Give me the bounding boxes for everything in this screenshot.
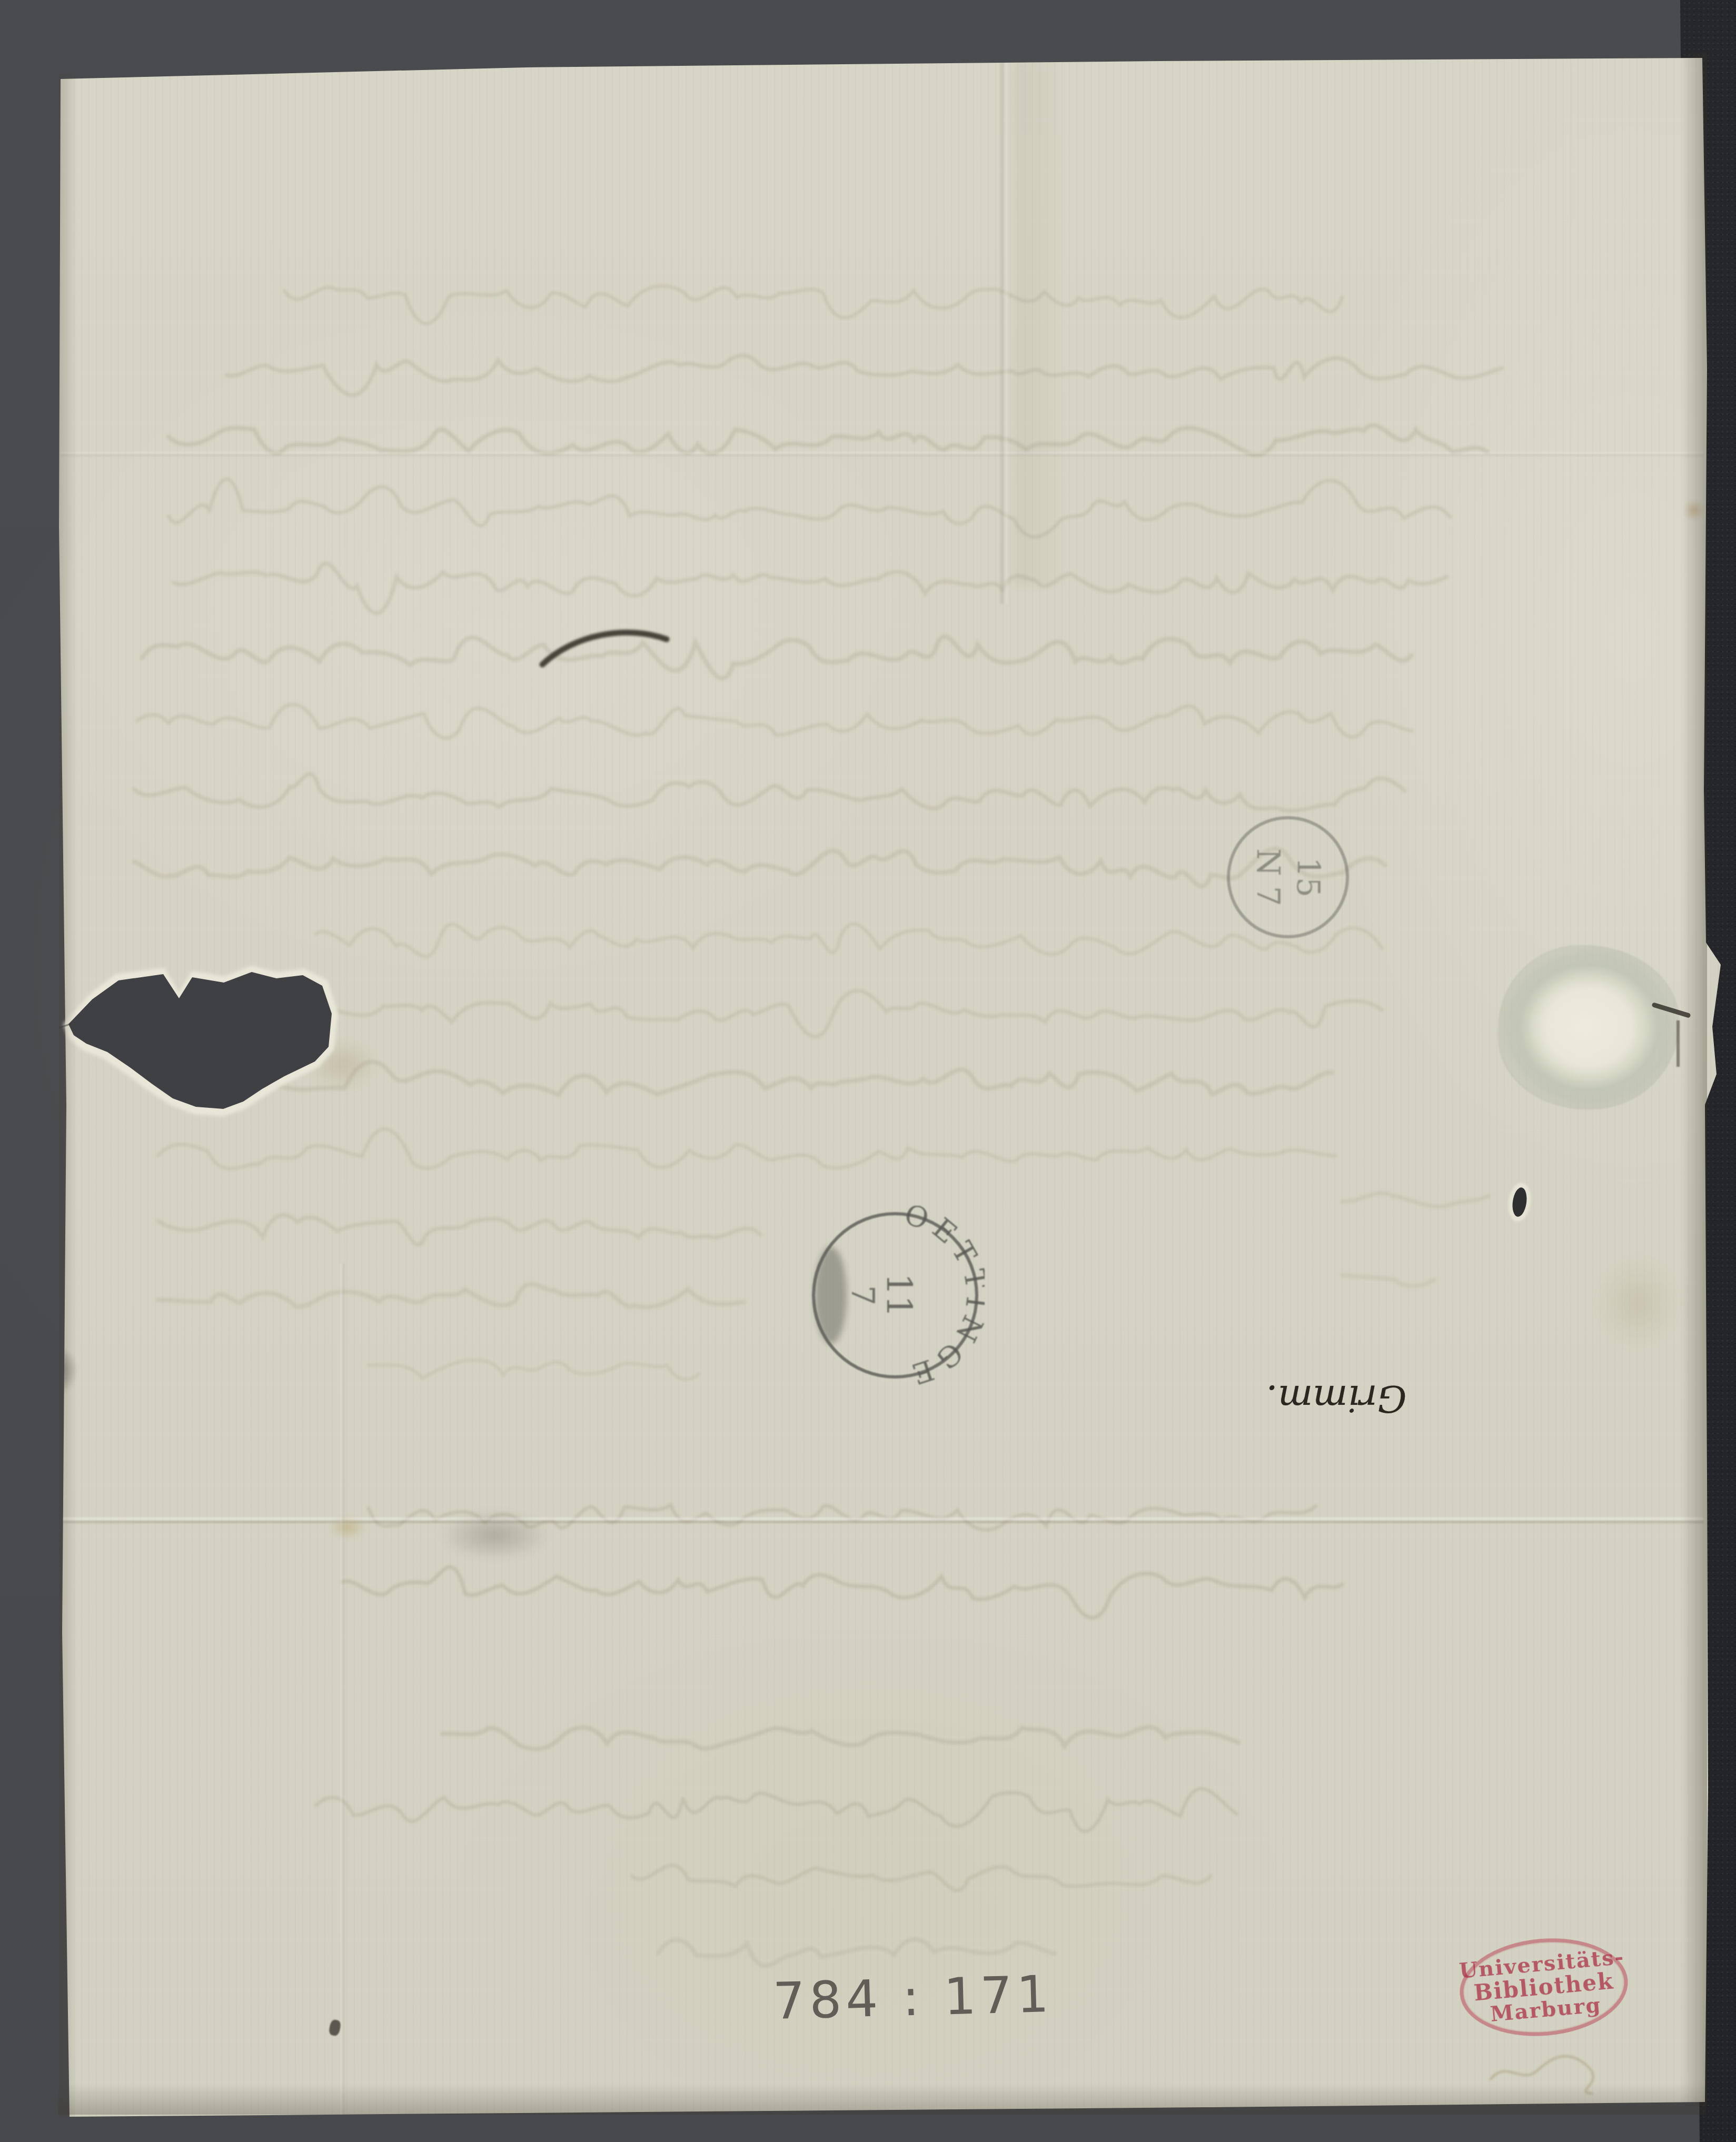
fold-crease-vertical-upperleft bbox=[267, 242, 271, 906]
bleedthrough-line bbox=[632, 1866, 1211, 1890]
stain bbox=[308, 1040, 376, 1090]
postmark-month: 7 bbox=[844, 1285, 881, 1305]
bleedthrough-line bbox=[168, 425, 1487, 454]
bleedthrough-line bbox=[658, 1939, 1055, 1966]
fold-crease-horizontal-upper bbox=[61, 452, 1703, 457]
bleedthrough-line bbox=[342, 1567, 1342, 1618]
fold-crease-vertical-top bbox=[1000, 59, 1007, 604]
ink-smudge-left-edge bbox=[21, 1335, 87, 1406]
paper-edge-shade-bottom bbox=[58, 2083, 1706, 2115]
letter-sheet: Herrn Geheimen Oberrevisionsrath Profess… bbox=[0, 0, 1736, 2142]
bleedthrough-line bbox=[137, 705, 1412, 738]
bleedthrough-line bbox=[226, 355, 1502, 395]
gray-smudge bbox=[440, 1510, 550, 1560]
bleedthrough-line bbox=[326, 990, 1382, 1037]
fold-crease-vertical-lower-faint bbox=[342, 500, 345, 1269]
postmark-goettingen: GOETTINGEN 11 7 bbox=[806, 1206, 985, 1385]
bleedthrough-line bbox=[316, 924, 1382, 956]
postmark-smudge bbox=[815, 1247, 847, 1344]
ink-flourish bbox=[542, 632, 667, 665]
seal-flap-shadow bbox=[1677, 1020, 1680, 1067]
bleedthrough-line bbox=[158, 1062, 1332, 1095]
stain bbox=[329, 1515, 366, 1540]
wax-seal-remnant-core bbox=[1528, 975, 1641, 1078]
bleedthrough-line bbox=[142, 637, 1411, 678]
fold-crease-vertical-right bbox=[1568, 63, 1571, 853]
bleedthrough-line bbox=[442, 1727, 1238, 1749]
stain bbox=[1598, 1258, 1677, 1348]
bleedthrough-line bbox=[134, 774, 1405, 811]
postmark-arrival-line2: N 7 bbox=[1249, 848, 1286, 906]
bleedthrough-line bbox=[158, 1129, 1335, 1168]
scan-background: Herrn Geheimen Oberrevisionsrath Profess… bbox=[0, 0, 1736, 2142]
bleedthrough-line bbox=[134, 849, 1385, 887]
bleedthrough-line bbox=[174, 563, 1447, 613]
postmark-arrival: 15 N 7 bbox=[1227, 816, 1349, 938]
postmark-arrival-line1: 15 bbox=[1289, 857, 1326, 897]
bleedthrough-line bbox=[316, 1789, 1237, 1831]
postmark-place-text: GOETTINGEN bbox=[900, 1206, 985, 1385]
fold-crease-horizontal-main bbox=[61, 1518, 1703, 1523]
ink-speck bbox=[328, 2019, 342, 2037]
bleedthrough-line bbox=[168, 479, 1450, 537]
pencil-shelfmark: 784 : 171 bbox=[772, 1965, 1054, 2031]
bleedthrough-line bbox=[284, 286, 1342, 323]
library-stamp: Universitäts- Bibliothek Marburg bbox=[1456, 1931, 1632, 2042]
paper-edge-shade-left bbox=[59, 74, 77, 2117]
postmark-day: 11 bbox=[879, 1273, 919, 1317]
bleedthrough-line bbox=[158, 1215, 760, 1245]
sender-docket: Grimm. bbox=[1263, 1346, 1410, 1451]
bleedthrough-line bbox=[1343, 1193, 1489, 1207]
fold-crease-vertical-lower bbox=[340, 1264, 344, 2116]
bleedthrough-line bbox=[1343, 1275, 1434, 1286]
postmark-circle bbox=[814, 1214, 977, 1377]
bleedthrough-line bbox=[369, 1360, 699, 1380]
ink-bleedthrough bbox=[0, 0, 1736, 2142]
bleedthrough-line bbox=[369, 1505, 1316, 1530]
paper-wrinkle bbox=[1015, 59, 1065, 586]
bleedthrough-line bbox=[158, 1284, 743, 1307]
paper-edge-shade-right bbox=[1681, 53, 1707, 2106]
